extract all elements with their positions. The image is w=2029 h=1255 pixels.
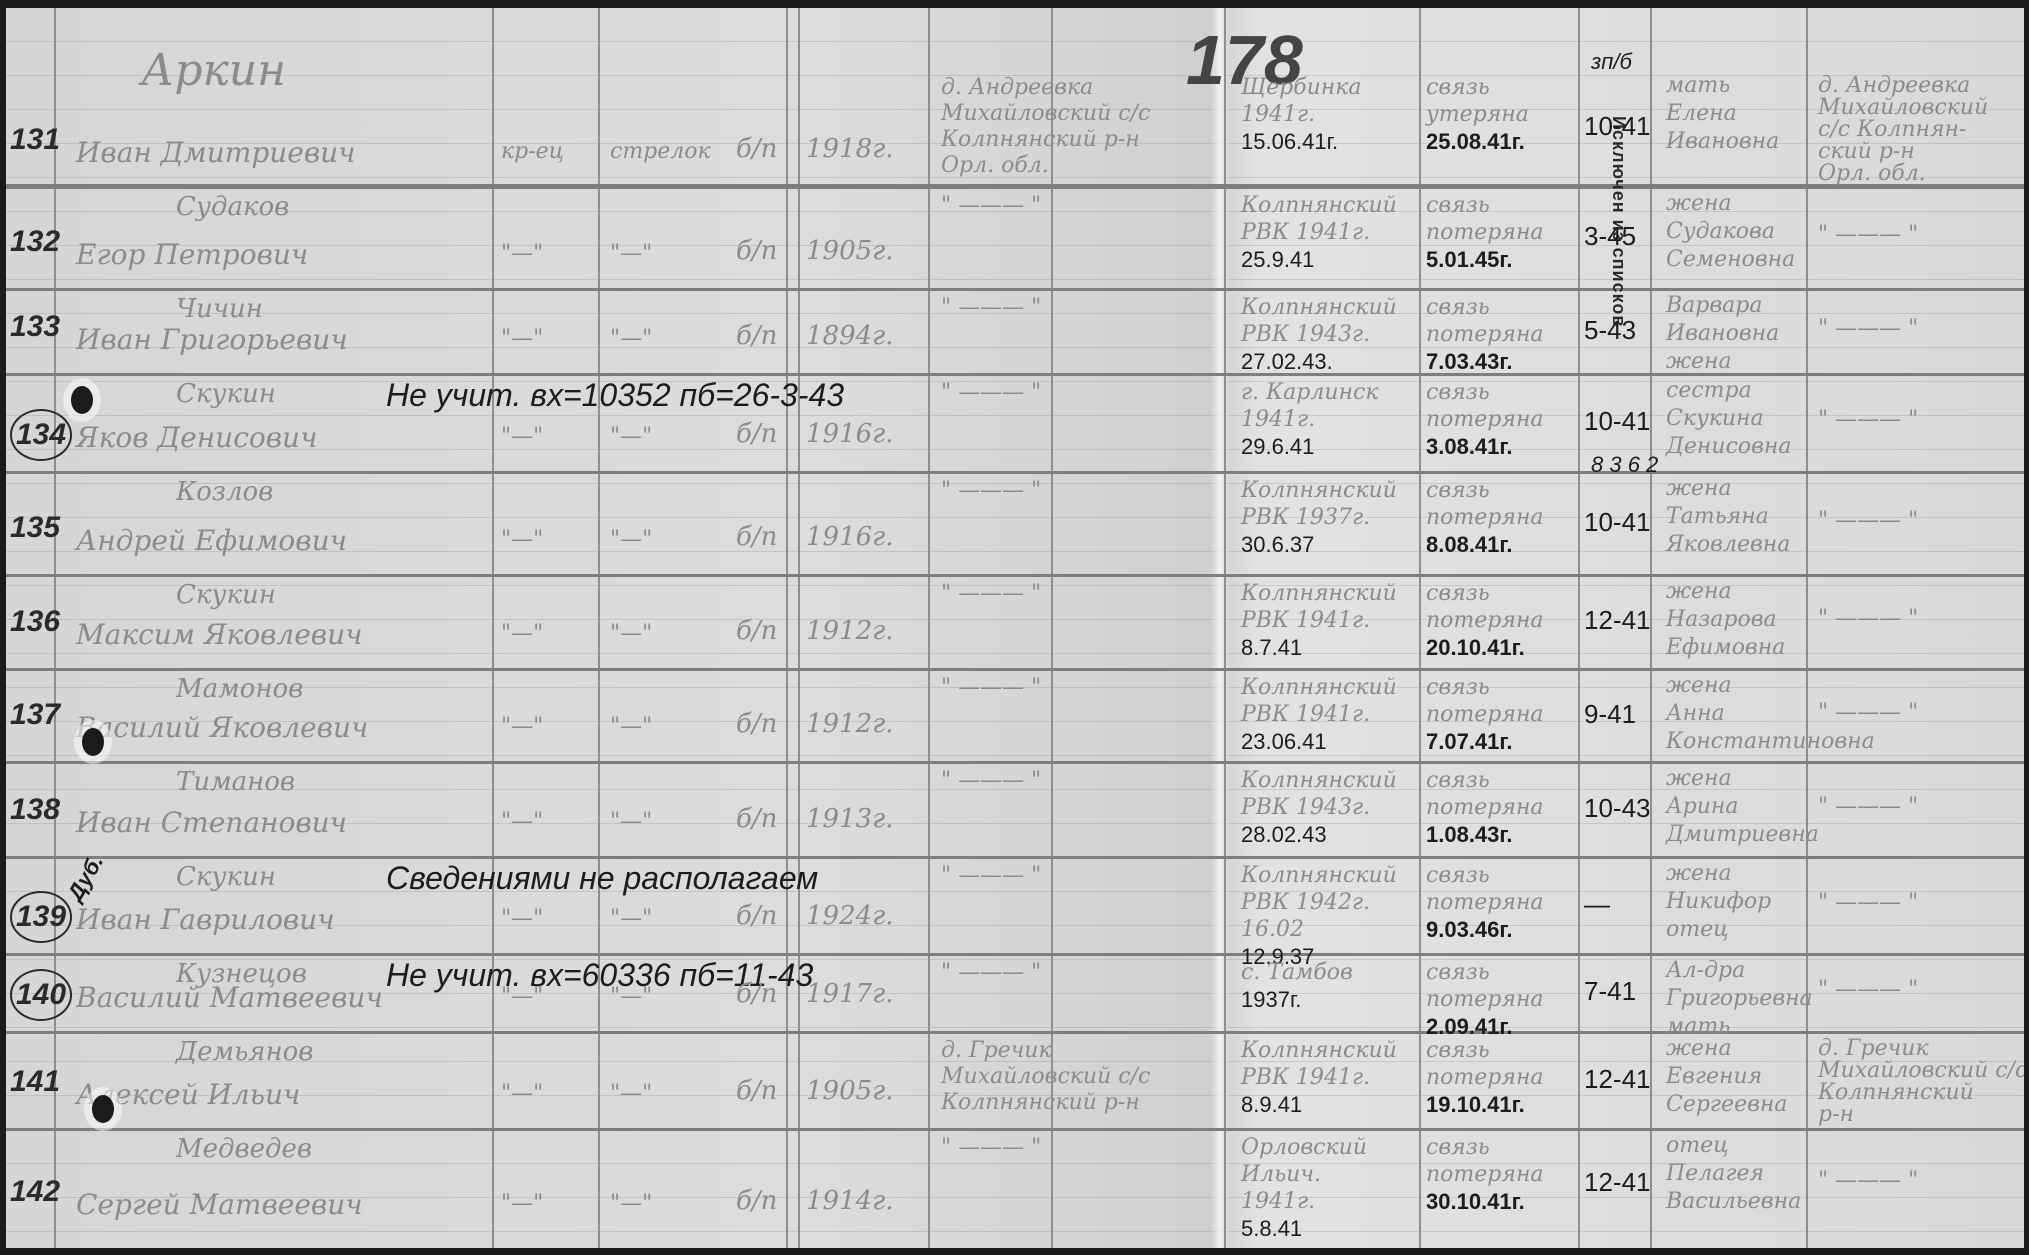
fate-line: связь — [1426, 1039, 1490, 1062]
rank: "—" — [501, 810, 543, 833]
conscription-line: Колпнянский — [1241, 479, 1397, 502]
relative-line: Никифор — [1666, 890, 1771, 913]
conscription-line: 30.6.37 — [1241, 533, 1314, 556]
birthplace-line: Колпнянский р-н — [941, 128, 1140, 151]
fate-line: связь — [1426, 194, 1490, 217]
column-divider — [1224, 8, 1226, 1248]
conscription-line: г. Карлинск — [1241, 381, 1378, 404]
name-patronymic: Василий Матвеевич — [76, 983, 383, 1012]
birthplace-line: д. Андреевка — [941, 76, 1093, 99]
role: "—" — [610, 1082, 652, 1105]
fate-line: связь — [1426, 479, 1490, 502]
relative-line: Ал-дра — [1666, 959, 1745, 982]
birthplace-line: Михайловский с/с — [941, 1065, 1150, 1088]
annotation: Не учит. вх=10352 пб=26-3-43 — [386, 379, 844, 413]
birthplace-line: " ——— " — [941, 479, 1041, 502]
conscription-line: Колпнянский — [1241, 769, 1397, 792]
name-patronymic: Иван Дмитриевич — [76, 138, 356, 167]
last-date: 10-41 — [1584, 113, 1651, 140]
relative-address-line: " ——— " — [1818, 607, 1918, 630]
record-index: 133 — [10, 311, 60, 343]
record-index: 141 — [10, 1066, 60, 1098]
party: б/п — [736, 806, 777, 833]
fate-line: 3.08.41г. — [1426, 435, 1512, 458]
role: "—" — [610, 425, 652, 448]
party: б/п — [736, 1188, 777, 1215]
rank: "—" — [501, 242, 543, 265]
relative-line: Татьяна — [1666, 505, 1769, 528]
row-divider — [6, 953, 2024, 956]
conscription-line: 8.7.41 — [1241, 636, 1302, 659]
rank: "—" — [501, 1192, 543, 1215]
birthplace-line: Михайловский с/с — [941, 102, 1150, 125]
conscription-line: 29.6.41 — [1241, 435, 1314, 458]
fate-line: 9.03.46г. — [1426, 918, 1512, 941]
register-page: 178 Исключен из списков Аркин 131Иван Дм… — [6, 8, 2024, 1248]
surname: Козлов — [176, 479, 273, 506]
conscription-line: 25.9.41 — [1241, 248, 1314, 271]
birth-year: 1905г. — [806, 238, 894, 265]
relative-line: жена — [1666, 580, 1732, 603]
record-index: 136 — [10, 606, 60, 638]
record-index: 135 — [10, 512, 60, 544]
conscription-line: 5.8.41 — [1241, 1217, 1302, 1240]
conscription-line: РВК 1943г. — [1241, 796, 1370, 819]
last-date: 10-41 — [1584, 408, 1651, 435]
surname: Мамонов — [176, 676, 303, 703]
birth-year: 1916г. — [806, 524, 894, 551]
record-index: 142 — [10, 1176, 60, 1208]
row-divider — [6, 1128, 2024, 1131]
surname: Судаков — [176, 194, 289, 221]
page-fold — [1211, 8, 1229, 1248]
surname: Скукин — [176, 864, 276, 891]
conscription-line: Колпнянский — [1241, 676, 1397, 699]
header-surname: Аркин — [141, 48, 286, 94]
record-index: 131 — [10, 124, 60, 156]
row-divider — [6, 856, 2024, 859]
relative-line: жена — [1666, 350, 1732, 373]
role: "—" — [610, 907, 652, 930]
relative-address-line: " ——— " — [1818, 795, 1918, 818]
name-patronymic: Иван Степанович — [76, 808, 347, 837]
name-patronymic: Василий Яковлевич — [76, 713, 368, 742]
fate-line: связь — [1426, 769, 1490, 792]
birthplace-line: " ——— " — [941, 582, 1041, 605]
fate-line: потеряна — [1426, 323, 1544, 346]
birth-year: 1918г. — [806, 136, 894, 163]
birth-year: 1916г. — [806, 421, 894, 448]
record-index: 134 — [10, 409, 72, 461]
birthplace-line: Орл. обл. — [941, 154, 1049, 177]
role: "—" — [610, 242, 652, 265]
party: б/п — [736, 618, 777, 645]
fate-line: потеряна — [1426, 988, 1544, 1011]
relative-line: Судакова — [1666, 220, 1775, 243]
last-date: — — [1584, 891, 1610, 918]
conscription-line: РВК 1941г. — [1241, 221, 1370, 244]
relative-line: Варвара — [1666, 294, 1763, 317]
record-index: 137 — [10, 699, 60, 731]
conscription-line: РВК 1937г. — [1241, 506, 1370, 529]
surname: Тиманов — [176, 769, 295, 796]
relative-address-line: " ——— " — [1818, 978, 1918, 1001]
record-index: 138 — [10, 794, 60, 826]
conscription-line: 1937г. — [1241, 988, 1301, 1011]
relative-address-line: Михайловский с/с — [1818, 1059, 2024, 1082]
relative-line: Ефимовна — [1666, 636, 1785, 659]
name-patronymic: Егор Петрович — [76, 240, 308, 269]
role: стрелок — [610, 140, 711, 163]
birthplace-line: " ——— " — [941, 296, 1041, 319]
conscription-line: 16.02 — [1241, 918, 1304, 941]
relative-line: Яковлевна — [1666, 533, 1790, 556]
relative-line: Дмитриевна — [1666, 823, 1819, 846]
fate-line: 1.08.43г. — [1426, 823, 1512, 846]
relative-line: жена — [1666, 862, 1732, 885]
row-divider — [6, 471, 2024, 474]
rank: "—" — [501, 1082, 543, 1105]
birth-year: 1905г. — [806, 1078, 894, 1105]
relative-line: Евгения — [1666, 1065, 1762, 1088]
conscription-line: 28.02.43 — [1241, 823, 1327, 846]
fate-line: 20.10.41г. — [1426, 636, 1525, 659]
row-divider — [6, 186, 2024, 189]
rank: "—" — [501, 528, 543, 551]
conscription-line: РВК 1942г. — [1241, 891, 1370, 914]
fate-line: 8.08.41г. — [1426, 533, 1512, 556]
last-date: 12-41 — [1584, 1066, 1651, 1093]
relative-line: Анна — [1666, 702, 1725, 725]
birthplace-line: " ——— " — [941, 961, 1041, 984]
role: "—" — [610, 528, 652, 551]
fate-line: потеряна — [1426, 1066, 1544, 1089]
conscription-line: 15.06.41г. — [1241, 130, 1338, 153]
relative-address-line: " ——— " — [1818, 509, 1918, 532]
relative-address-line: ский р-н — [1818, 140, 1915, 163]
birthplace-line: " ——— " — [941, 381, 1041, 404]
fate-line: связь — [1426, 381, 1490, 404]
fate-line: потеряна — [1426, 891, 1544, 914]
relative-line: Арина — [1666, 795, 1739, 818]
relative-line: отец — [1666, 918, 1728, 941]
fate-line: 7.07.41г. — [1426, 730, 1512, 753]
column-divider — [598, 8, 600, 1248]
party: б/п — [736, 981, 777, 1008]
birthplace-line: " ——— " — [941, 769, 1041, 792]
birthplace-line: " ——— " — [941, 194, 1041, 217]
relative-line: сестра — [1666, 379, 1752, 402]
name-patronymic: Иван Григорьевич — [76, 325, 348, 354]
relative-line: жена — [1666, 1037, 1732, 1060]
column-divider — [1806, 8, 1808, 1248]
fate-line: связь — [1426, 961, 1490, 984]
role: "—" — [610, 985, 652, 1008]
row-divider — [6, 574, 2024, 577]
surname: Скукин — [176, 582, 276, 609]
relative-address-line: д. Гречик — [1818, 1037, 1929, 1060]
column-divider — [492, 8, 494, 1248]
fate-line: потеряна — [1426, 221, 1544, 244]
last-date: 7-41 — [1584, 978, 1636, 1005]
conscription-line: 1941г. — [1241, 103, 1315, 126]
birth-year: 1924г. — [806, 903, 894, 930]
record-index: 139 — [10, 891, 72, 943]
relative-line: Григорьевна — [1666, 987, 1813, 1010]
role: "—" — [610, 327, 652, 350]
party: б/п — [736, 136, 777, 163]
record-index: 132 — [10, 226, 60, 258]
conscription-line: Колпнянский — [1241, 582, 1397, 605]
relative-line: Елена — [1666, 102, 1737, 125]
fate-line: связь — [1426, 676, 1490, 699]
fate-line: связь — [1426, 296, 1490, 319]
relative-line: мать — [1666, 1015, 1730, 1038]
last-date-note: 8 3 6 2 — [1591, 453, 1658, 476]
fate-line: 7.03.43г. — [1426, 350, 1512, 373]
name-patronymic: Андрей Ефимович — [76, 526, 347, 555]
relative-address-line: Михайловский — [1818, 96, 1988, 119]
column-divider — [798, 8, 800, 1248]
relative-address-line: " ——— " — [1818, 891, 1918, 914]
fate-line: потеряна — [1426, 408, 1544, 431]
relative-line: жена — [1666, 477, 1732, 500]
surname: Демьянов — [176, 1039, 313, 1066]
fate-line: потеряна — [1426, 796, 1544, 819]
rank: "—" — [501, 425, 543, 448]
last-date-note: зп/б — [1591, 50, 1632, 73]
party: б/п — [736, 903, 777, 930]
conscription-line: Ильич. — [1241, 1163, 1321, 1186]
rank: "—" — [501, 622, 543, 645]
name-patronymic: Максим Яковлевич — [76, 620, 363, 649]
column-divider — [1578, 8, 1580, 1248]
rank: "—" — [501, 985, 543, 1008]
punch-hole — [82, 728, 104, 756]
relative-line: жена — [1666, 767, 1732, 790]
relative-line: отец — [1666, 1134, 1728, 1157]
relative-address-line: Орл. обл. — [1818, 162, 1926, 185]
conscription-line: РВК 1941г. — [1241, 609, 1370, 632]
fate-line: 25.08.41г. — [1426, 130, 1525, 153]
party: б/п — [736, 1078, 777, 1105]
relative-address-line: " ——— " — [1818, 317, 1918, 340]
relative-line: жена — [1666, 674, 1732, 697]
relative-line: Ивановна — [1666, 130, 1779, 153]
name-patronymic: Иван Гаврилович — [76, 905, 335, 934]
relative-line: Константиновна — [1666, 730, 1875, 753]
relative-line: Васильевна — [1666, 1190, 1801, 1213]
party: б/п — [736, 524, 777, 551]
conscription-line: Колпнянский — [1241, 296, 1397, 319]
birth-year: 1912г. — [806, 711, 894, 738]
conscription-line: 1941г. — [1241, 408, 1315, 431]
relative-line: Семеновна — [1666, 248, 1795, 271]
row-divider — [6, 288, 2024, 291]
birth-year: 1913г. — [806, 806, 894, 833]
punch-hole — [71, 386, 93, 414]
fate-line: связь — [1426, 582, 1490, 605]
role: "—" — [610, 810, 652, 833]
relative-line: Сергеевна — [1666, 1093, 1788, 1116]
birth-year: 1894г. — [806, 323, 894, 350]
relative-line: Пелагея — [1666, 1162, 1764, 1185]
birthplace-line: " ——— " — [941, 676, 1041, 699]
annotation: Сведениями не располагаем — [386, 862, 818, 896]
rank: "—" — [501, 715, 543, 738]
conscription-line: 23.06.41 — [1241, 730, 1327, 753]
party: б/п — [736, 238, 777, 265]
birth-year: 1912г. — [806, 618, 894, 645]
fate-line: потеряна — [1426, 609, 1544, 632]
last-date: 5-43 — [1584, 317, 1636, 344]
conscription-line: с. Тамбов — [1241, 961, 1353, 984]
role: "—" — [610, 1192, 652, 1215]
relative-line: Денисовна — [1666, 435, 1792, 458]
party: б/п — [736, 421, 777, 448]
punch-hole — [92, 1095, 114, 1123]
relative-address-line: р-н — [1818, 1103, 1854, 1126]
relative-line: Скукина — [1666, 407, 1764, 430]
party: б/п — [736, 711, 777, 738]
name-patronymic: Яков Денисович — [76, 423, 318, 452]
last-date: 12-41 — [1584, 607, 1651, 634]
surname: Чичин — [176, 296, 263, 323]
relative-address-line: " ——— " — [1818, 408, 1918, 431]
name-patronymic: Сергей Матвеевич — [76, 1190, 363, 1219]
conscription-line: РВК 1941г. — [1241, 1066, 1370, 1089]
role: "—" — [610, 622, 652, 645]
conscription-line: Колпнянский — [1241, 864, 1397, 887]
conscription-line: Щербинка — [1241, 76, 1362, 99]
fate-line: утеряна — [1426, 103, 1529, 126]
relative-address-line: с/с Колпнян- — [1818, 118, 1966, 141]
relative-address-line: " ——— " — [1818, 223, 1918, 246]
fate-line: связь — [1426, 1136, 1490, 1159]
fate-line: 5.01.45г. — [1426, 248, 1512, 271]
last-date: 3-45 — [1584, 223, 1636, 250]
column-divider — [786, 8, 788, 1248]
party: б/п — [736, 323, 777, 350]
rank: "—" — [501, 907, 543, 930]
fate-line: потеряна — [1426, 1163, 1544, 1186]
rank: "—" — [501, 327, 543, 350]
fate-line: 19.10.41г. — [1426, 1093, 1525, 1116]
conscription-line: Колпнянский — [1241, 194, 1397, 217]
conscription-line: 27.02.43. — [1241, 350, 1333, 373]
fate-line: связь — [1426, 864, 1490, 887]
surname: Скукин — [176, 381, 276, 408]
fate-line: потеряна — [1426, 506, 1544, 529]
fate-line: потеряна — [1426, 703, 1544, 726]
relative-line: мать — [1666, 74, 1730, 97]
birthplace-line: " ——— " — [941, 1136, 1041, 1159]
birth-year: 1914г. — [806, 1188, 894, 1215]
column-divider — [928, 8, 930, 1248]
role: "—" — [610, 715, 652, 738]
conscription-line: 1941г. — [1241, 1190, 1315, 1213]
birth-year: 1917г. — [806, 981, 894, 1008]
last-date: 12-41 — [1584, 1169, 1651, 1196]
relative-line: жена — [1666, 192, 1732, 215]
conscription-line: Орловский — [1241, 1136, 1367, 1159]
relative-line: Ивановна — [1666, 322, 1779, 345]
relative-line: Назарова — [1666, 608, 1777, 631]
conscription-line: РВК 1943г. — [1241, 323, 1370, 346]
conscription-line: РВК 1941г. — [1241, 703, 1370, 726]
conscription-line: 8.9.41 — [1241, 1093, 1302, 1116]
surname: Медведев — [176, 1136, 312, 1163]
relative-address-line: Колпнянский — [1818, 1081, 1974, 1104]
conscription-line: Колпнянский — [1241, 1039, 1397, 1062]
birthplace-line: " ——— " — [941, 864, 1041, 887]
column-divider — [1419, 8, 1421, 1248]
record-index: 140 — [10, 969, 72, 1021]
row-divider — [6, 668, 2024, 671]
last-date: 10-41 — [1584, 509, 1651, 536]
fate-line: связь — [1426, 76, 1490, 99]
last-date: 9-41 — [1584, 701, 1636, 728]
relative-address-line: " ——— " — [1818, 701, 1918, 724]
relative-address-line: д. Андреевка — [1818, 74, 1970, 97]
relative-address-line: " ——— " — [1818, 1169, 1918, 1192]
birthplace-line: д. Гречик — [941, 1039, 1052, 1062]
fate-line: 2.09.41г. — [1426, 1015, 1512, 1038]
row-divider — [6, 761, 2024, 764]
birthplace-line: Колпнянский р-н — [941, 1091, 1140, 1114]
fate-line: 30.10.41г. — [1426, 1190, 1525, 1213]
last-date: 10-43 — [1584, 795, 1651, 822]
rank: кр-ец — [501, 140, 564, 163]
